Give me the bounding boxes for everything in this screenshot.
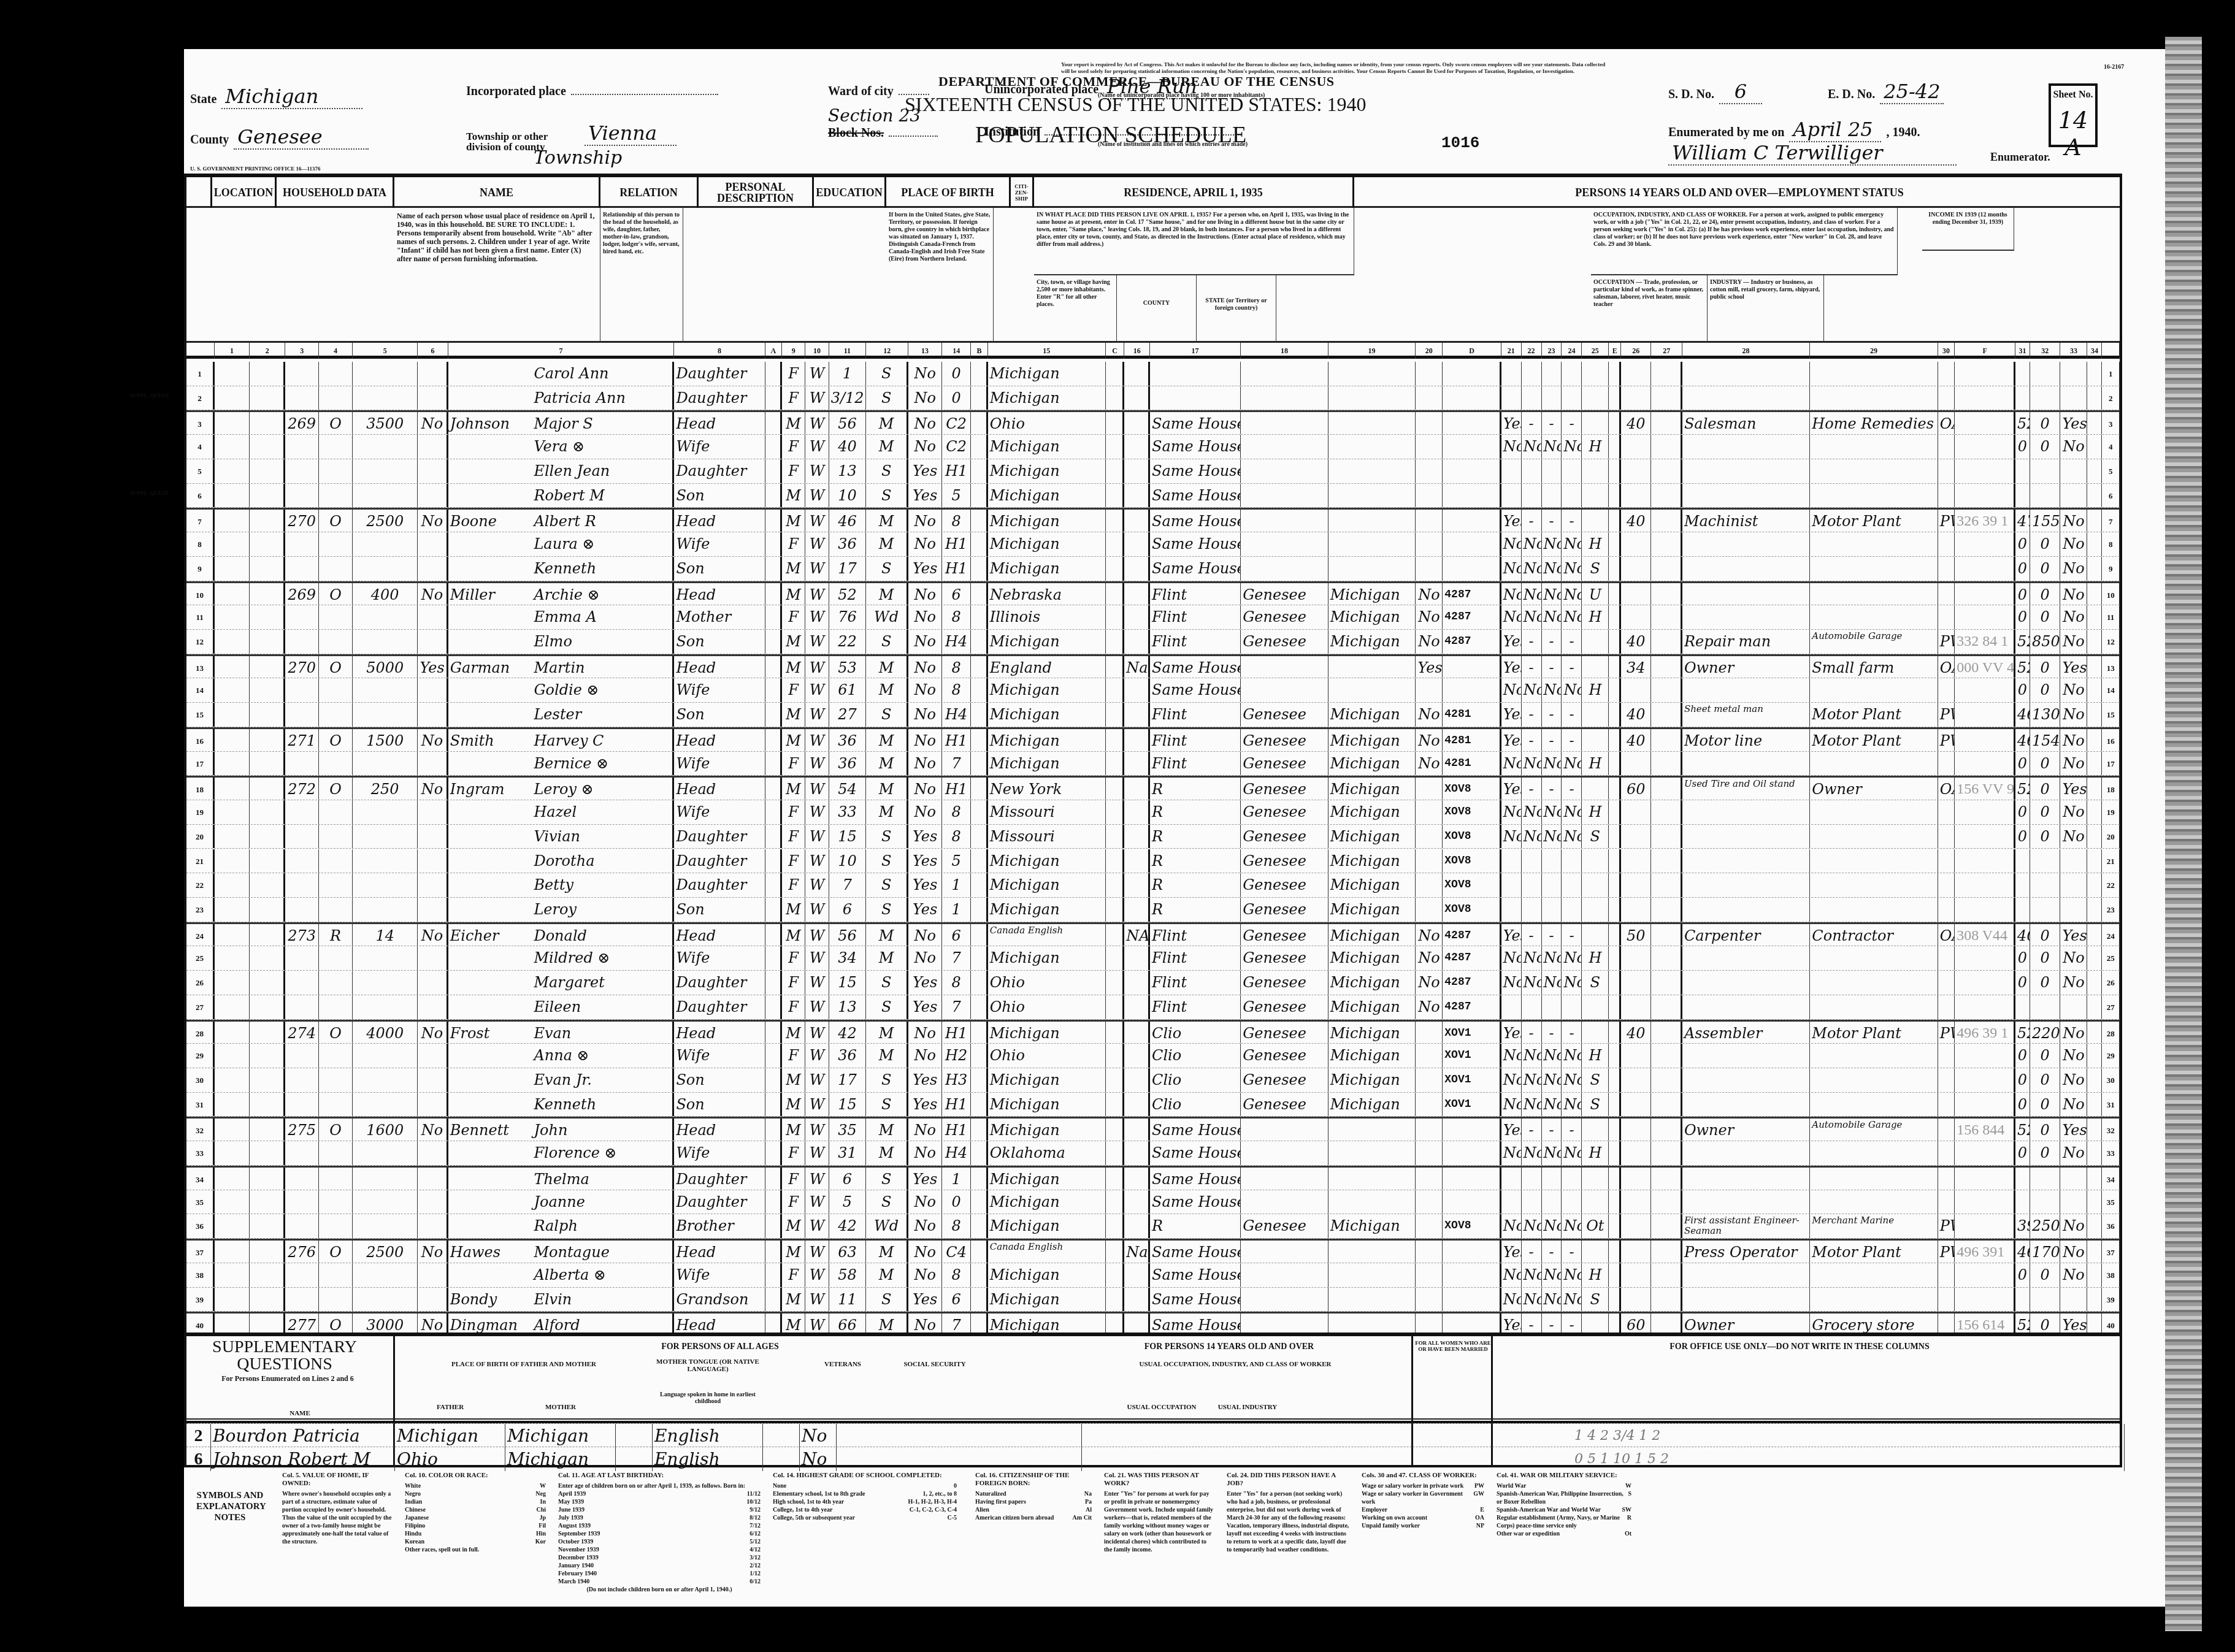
census-title: SIXTEENTH CENSUS OF THE UNITED STATES: 1… xyxy=(905,93,1366,116)
line-number: 21 xyxy=(2102,849,2120,873)
grade-cell: 8 xyxy=(942,825,971,849)
grade-cell: C2 xyxy=(942,435,971,459)
loc-house-cell xyxy=(250,1141,285,1165)
farm-cell: No xyxy=(418,510,448,532)
note-item: Having first papersPa xyxy=(975,1498,1092,1506)
loc-house-cell xyxy=(250,898,285,922)
relation-cell: Daughter xyxy=(674,873,765,897)
codeB-cell xyxy=(971,1214,987,1238)
relation-cell: Head xyxy=(674,1241,765,1263)
cit-cell xyxy=(1124,532,1150,556)
value-cell xyxy=(353,971,418,995)
loc-house-cell xyxy=(250,995,285,1019)
marital-cell: M xyxy=(866,1141,908,1165)
res-state-cell: Michigan xyxy=(1328,752,1416,776)
res-farm-cell: No xyxy=(1416,946,1443,970)
farm-cell: No xyxy=(418,778,448,800)
person-name: Joanne xyxy=(448,1190,675,1214)
farm-cell xyxy=(418,1214,448,1238)
res-city-cell: Same House xyxy=(1150,532,1241,556)
cit-cell xyxy=(1124,729,1150,751)
age-cell: 36 xyxy=(829,752,866,776)
given-name: Dorotha xyxy=(534,852,594,870)
farm-cell xyxy=(418,1068,448,1092)
res-code-cell xyxy=(1443,532,1501,556)
class-cell xyxy=(1938,800,1955,824)
relation-cell: Wife xyxy=(674,946,765,970)
occupation-cell xyxy=(1682,995,1810,1019)
age-cell: 61 xyxy=(829,678,866,702)
loc-street-cell xyxy=(215,1044,250,1068)
line-number: 22 xyxy=(2102,873,2120,897)
loc-street-cell xyxy=(215,583,250,605)
industry-cell xyxy=(1810,873,1938,897)
table-row: 37276O2500NoHawesMontagueHeadMW63MNoC4Ca… xyxy=(186,1239,2120,1263)
w22-cell xyxy=(1522,849,1542,873)
code-cell: 308 V44 xyxy=(1955,924,2015,946)
weeks-cell xyxy=(2015,386,2030,410)
industry-cell: Automobile Garage xyxy=(1810,630,1938,654)
w23-cell: No xyxy=(1542,1288,1562,1312)
w23-cell: - xyxy=(1542,778,1562,800)
res-county-cell xyxy=(1241,510,1328,532)
person-name: IngramLeroy ⊗ xyxy=(448,778,675,800)
code-cell xyxy=(1955,484,2015,508)
w25-cell xyxy=(1582,898,1609,922)
sex-cell: M xyxy=(782,412,805,434)
wages-cell: 0 xyxy=(2030,924,2060,946)
enumerated-field: Enumerated by me on April 25 , 1940. xyxy=(1668,118,1920,142)
relation-cell: Head xyxy=(674,1119,765,1141)
codeE-cell xyxy=(1609,484,1621,508)
farm-cell xyxy=(418,849,448,873)
column-number: 13 xyxy=(908,343,942,359)
code-cell xyxy=(1955,412,2015,434)
res-code-cell: XOV8 xyxy=(1443,898,1501,922)
industry-cell: Motor Plant xyxy=(1810,1241,1938,1263)
occupation-cell: Carpenter xyxy=(1682,924,1810,946)
col34-cell xyxy=(2087,1044,2102,1068)
w21-cell: No xyxy=(1501,1044,1522,1068)
w25-cell xyxy=(1582,995,1609,1019)
note-item: January 19402/12 xyxy=(558,1562,761,1570)
w25-cell xyxy=(1582,849,1609,873)
relation-cell: Son xyxy=(674,484,765,508)
marital-cell: M xyxy=(866,946,908,970)
line-number: 1 xyxy=(2102,362,2120,386)
school-cell: No xyxy=(908,1141,942,1165)
department-title: DEPARTMENT OF COMMERCE—BUREAU OF THE CEN… xyxy=(938,74,1335,90)
w22-cell xyxy=(1522,995,1542,1019)
res-state-cell xyxy=(1328,386,1416,410)
weeks-cell: 0 xyxy=(2015,1044,2030,1068)
table-row: 1Carol AnnDaughterFW1SNo0Michigan1 xyxy=(186,362,2120,386)
occupation-cell xyxy=(1682,1068,1810,1092)
race-cell: W xyxy=(805,1241,829,1263)
w21-cell xyxy=(1501,849,1522,873)
school-cell: No xyxy=(908,605,942,629)
line-number: 37 xyxy=(2102,1241,2120,1263)
codeC-cell xyxy=(1106,800,1125,824)
column-number: 19 xyxy=(1328,343,1416,359)
res-code-cell: XOV1 xyxy=(1443,1044,1501,1068)
relation-cell: Daughter xyxy=(674,825,765,849)
person-name: JohnsonMajor S xyxy=(448,412,675,434)
relation-cell: Mother xyxy=(674,605,765,629)
w21-cell: No xyxy=(1501,557,1522,581)
sheet-value: 14 A xyxy=(2051,107,2095,161)
class-cell xyxy=(1938,678,1955,702)
stamp-number: 1016 xyxy=(1441,134,1479,152)
res-farm-cell xyxy=(1416,800,1443,824)
line-number: 29 xyxy=(186,1044,215,1068)
marital-cell: M xyxy=(866,583,908,605)
dwell-cell xyxy=(285,752,319,776)
code-cell xyxy=(1955,362,2015,386)
class-cell: PW xyxy=(1938,729,1955,751)
relation-cell: Wife xyxy=(674,435,765,459)
column-number: 24 xyxy=(1562,343,1582,359)
line-number: 34 xyxy=(2102,1168,2120,1190)
dwell-cell xyxy=(285,386,319,410)
note-item-label: Spanish-American War, Philippine Insurre… xyxy=(1497,1490,1624,1506)
codeE-cell xyxy=(1609,1141,1621,1165)
loc-street-cell xyxy=(215,678,250,702)
note-item-code: 10/12 xyxy=(746,1498,761,1506)
res-county-cell xyxy=(1241,1168,1328,1190)
birth-cell: Michigan xyxy=(988,1022,1106,1044)
person-name: Anna ⊗ xyxy=(448,1044,675,1068)
col34-cell xyxy=(2087,605,2102,629)
line-number: 22 xyxy=(186,873,215,897)
hrs-cell xyxy=(1621,532,1651,556)
codeA-cell xyxy=(765,1263,782,1287)
relation-cell: Daughter xyxy=(674,849,765,873)
industry-cell xyxy=(1810,800,1938,824)
school-cell: No xyxy=(908,656,942,678)
col34-cell xyxy=(2087,1263,2102,1287)
w22-cell: No xyxy=(1522,752,1542,776)
suppl-parents: PLACE OF BIRTH OF FATHER AND MOTHER xyxy=(395,1361,653,1368)
other-cell: No xyxy=(2060,678,2087,702)
cit-cell xyxy=(1124,703,1150,727)
code-cell xyxy=(1955,1068,2015,1092)
res-code-cell: XOV8 xyxy=(1443,825,1501,849)
suppl-quest-tag: SUPPL. QUEST. xyxy=(119,490,180,496)
given-name: Kenneth xyxy=(534,560,596,577)
marital-cell: S xyxy=(866,1068,908,1092)
race-cell: W xyxy=(805,678,829,702)
birth-cell: Michigan xyxy=(988,1068,1106,1092)
hrs-cell xyxy=(1621,1141,1651,1165)
ward-label: Ward of city xyxy=(828,85,894,99)
dwell-cell: 273 xyxy=(285,924,319,946)
given-name: Harvey C xyxy=(534,732,604,749)
codeA-cell xyxy=(765,656,782,678)
given-name: Joanne xyxy=(534,1193,585,1210)
supplementary-questions: SUPPLEMENTARY QUESTIONS For Persons Enum… xyxy=(184,1333,2122,1467)
note-col24-title: Col. 24. DID THIS PERSON HAVE A JOB? xyxy=(1227,1472,1349,1488)
suppl-h-cell xyxy=(763,1424,800,1448)
own-cell xyxy=(319,825,353,849)
grade-cell: H2 xyxy=(942,1044,971,1068)
suppl-tongue-cell: English xyxy=(653,1424,763,1448)
res-code-cell: XOV1 xyxy=(1443,1093,1501,1117)
line-number: 39 xyxy=(2102,1288,2120,1312)
w23-cell: No xyxy=(1542,557,1562,581)
class-cell xyxy=(1938,605,1955,629)
column-number xyxy=(2102,343,2120,359)
suppl-row: 2Bourdon PatriciaMichiganMichiganEnglish… xyxy=(186,1423,2120,1448)
line-number: 7 xyxy=(2102,510,2120,532)
given-name: Montague xyxy=(534,1244,609,1261)
value-cell xyxy=(353,532,418,556)
value-cell xyxy=(353,630,418,654)
person-name: BondyElvin xyxy=(448,1288,675,1312)
codeB-cell xyxy=(971,1068,987,1092)
codeA-cell xyxy=(765,703,782,727)
person-name: Vivian xyxy=(448,825,675,849)
industry-cell xyxy=(1810,435,1938,459)
race-cell: W xyxy=(805,946,829,970)
weeks-cell: 0 xyxy=(2015,532,2030,556)
line-number: 6 xyxy=(186,484,215,508)
codeC-cell xyxy=(1106,557,1125,581)
res-county-cell xyxy=(1241,1190,1328,1214)
person-name: Leroy xyxy=(448,898,675,922)
codeA-cell xyxy=(765,484,782,508)
race-cell: W xyxy=(805,1214,829,1238)
loc-street-cell xyxy=(215,386,250,410)
w25-cell xyxy=(1582,630,1609,654)
w24-cell: - xyxy=(1562,630,1582,654)
loc-house-cell xyxy=(250,459,285,483)
res-farm-cell xyxy=(1416,825,1443,849)
table-row: 13270O5000YesGarmanMartinHeadMW53MNo8Eng… xyxy=(186,654,2120,679)
grade-cell: 0 xyxy=(942,1190,971,1214)
loc-house-cell xyxy=(250,532,285,556)
res-city-cell: Same House xyxy=(1150,1288,1241,1312)
surname: Bennett xyxy=(450,1119,534,1141)
value-cell xyxy=(353,605,418,629)
own-cell: O xyxy=(319,656,353,678)
birth-cell: Ohio xyxy=(988,412,1106,434)
code-cell: 156 VV 9 xyxy=(1955,778,2015,800)
school-cell: Yes xyxy=(908,898,942,922)
wages-cell: 0 xyxy=(2030,605,2060,629)
own-cell xyxy=(319,1068,353,1092)
code-cell xyxy=(1955,703,2015,727)
age-cell: 3/12 xyxy=(829,386,866,410)
res-state-cell xyxy=(1328,1141,1416,1165)
codeE-cell xyxy=(1609,1044,1621,1068)
note-item-code: Ot xyxy=(1625,1530,1631,1538)
person-name: Mildred ⊗ xyxy=(448,946,675,970)
cit-cell xyxy=(1124,1190,1150,1214)
class-cell xyxy=(1938,1093,1955,1117)
table-row: 36RalphBrotherMW42WdNo8MichiganRGeneseeM… xyxy=(186,1214,2120,1239)
incorporated-field: Incorporated place xyxy=(466,85,718,99)
w21-cell: No xyxy=(1501,825,1522,849)
own-cell xyxy=(319,971,353,995)
res-state-cell: Michigan xyxy=(1328,800,1416,824)
w23-cell: No xyxy=(1542,605,1562,629)
res-code-cell xyxy=(1443,1288,1501,1312)
relation-cell: Daughter xyxy=(674,459,765,483)
note-item: March 19400/12 xyxy=(558,1578,761,1586)
line-number: 17 xyxy=(2102,752,2120,776)
suppl-rest-cell xyxy=(837,1447,1082,1471)
suppl-name-cell: Johnson Robert M xyxy=(211,1447,395,1471)
codeC-cell xyxy=(1106,1044,1125,1068)
other-cell: No xyxy=(2060,1068,2087,1092)
sex-cell: F xyxy=(782,1263,805,1287)
res-city-cell: Same House xyxy=(1150,412,1241,434)
code-cell xyxy=(1955,752,2015,776)
wages-cell: 0 xyxy=(2030,1141,2060,1165)
weeks-cell: 0 xyxy=(2015,971,2030,995)
age-cell: 58 xyxy=(829,1263,866,1287)
dwell-cell xyxy=(285,1168,319,1190)
school-cell: Yes xyxy=(908,825,942,849)
code-cell xyxy=(1955,1263,2015,1287)
note-item-label: American citizen born abroad xyxy=(975,1514,1054,1522)
res-county-cell: Genesee xyxy=(1241,752,1328,776)
wages-cell: 2500 xyxy=(2030,1214,2060,1238)
wages-cell xyxy=(2030,362,2060,386)
table-row: 31KennethSonMW15SYesH1MichiganClioGenese… xyxy=(186,1093,2120,1117)
farm-cell xyxy=(418,435,448,459)
farm-cell xyxy=(418,1141,448,1165)
dwell-cell xyxy=(285,800,319,824)
note-item: HinduHin xyxy=(405,1530,546,1538)
section-location: LOCATION xyxy=(212,177,277,208)
class-cell: OA xyxy=(1938,778,1955,800)
marital-cell: S xyxy=(866,1288,908,1312)
res-city-cell: Same House xyxy=(1150,1168,1241,1190)
relation-cell: Wife xyxy=(674,1044,765,1068)
loc-street-cell xyxy=(215,1214,250,1238)
column-number: 11 xyxy=(829,343,866,359)
section-header-row: LOCATION HOUSEHOLD DATA NAME RELATION PE… xyxy=(186,177,2120,208)
column-number: 22 xyxy=(1522,343,1542,359)
suppl-tongue-sub: Language spoken in home in earliest chil… xyxy=(653,1391,763,1405)
scan-edge xyxy=(2165,37,2202,1631)
section-employment: PERSONS 14 YEARS OLD AND OVER—EMPLOYMENT… xyxy=(1354,177,2125,208)
loc-house-cell xyxy=(250,1068,285,1092)
other-cell: No xyxy=(2060,800,2087,824)
hrs-cell xyxy=(1621,752,1651,776)
col34-cell xyxy=(2087,873,2102,897)
codeC-cell xyxy=(1106,971,1125,995)
grade-cell: 8 xyxy=(942,800,971,824)
res-state-cell: Michigan xyxy=(1328,778,1416,800)
code-cell: 156 844 xyxy=(1955,1119,2015,1141)
w25-cell xyxy=(1582,459,1609,483)
res-farm-cell: No xyxy=(1416,752,1443,776)
col34-cell xyxy=(2087,1168,2102,1190)
note-item-code: Pa xyxy=(1085,1498,1092,1506)
marital-cell: M xyxy=(866,924,908,946)
column-number: 23 xyxy=(1542,343,1562,359)
codeE-cell xyxy=(1609,800,1621,824)
class-cell: OA xyxy=(1938,412,1955,434)
res-farm-cell xyxy=(1416,849,1443,873)
w25-cell: S xyxy=(1582,1093,1609,1117)
cit-cell xyxy=(1124,630,1150,654)
col34-cell xyxy=(2087,778,2102,800)
value-cell xyxy=(353,459,418,483)
code-cell xyxy=(1955,1141,2015,1165)
res-county-cell: Genesee xyxy=(1241,1068,1328,1092)
w24-cell: - xyxy=(1562,412,1582,434)
wages-cell: 0 xyxy=(2030,1068,2060,1092)
weeks-unemp-cell xyxy=(1651,630,1682,654)
class-cell xyxy=(1938,459,1955,483)
note-item: Unpaid family workerNP xyxy=(1362,1522,1484,1530)
birth-cell: Michigan xyxy=(988,1190,1106,1214)
res-state-cell xyxy=(1328,412,1416,434)
wages-cell: 0 xyxy=(2030,778,2060,800)
weeks-unemp-cell xyxy=(1651,1022,1682,1044)
occupation-cell xyxy=(1682,1044,1810,1068)
note-item-code: Kor xyxy=(535,1538,546,1546)
value-cell xyxy=(353,678,418,702)
class-cell xyxy=(1938,557,1955,581)
res-city-cell: R xyxy=(1150,849,1241,873)
res-county-cell xyxy=(1241,1141,1328,1165)
codeB-cell xyxy=(971,1241,987,1263)
class-cell xyxy=(1938,873,1955,897)
col34-cell xyxy=(2087,510,2102,532)
w24-cell: No xyxy=(1562,532,1582,556)
loc-house-cell xyxy=(250,1214,285,1238)
line-number: 28 xyxy=(186,1022,215,1044)
res-county-cell xyxy=(1241,1119,1328,1141)
w21-cell: No xyxy=(1501,1093,1522,1117)
note-item: Spanish-American War and World WarSW xyxy=(1497,1506,1631,1514)
marital-cell: S xyxy=(866,1168,908,1190)
note-item-code: Hin xyxy=(536,1530,546,1538)
w24-cell: No xyxy=(1562,1044,1582,1068)
line-number: 9 xyxy=(186,557,215,581)
dwell-cell: 271 xyxy=(285,729,319,751)
surname: Ingram xyxy=(450,778,534,800)
loc-street-cell xyxy=(215,729,250,751)
sex-cell: F xyxy=(782,1190,805,1214)
w23-cell xyxy=(1542,849,1562,873)
res-farm-cell xyxy=(1416,1141,1443,1165)
weeks-cell: 46 xyxy=(2015,1241,2030,1263)
school-cell: No xyxy=(908,412,942,434)
other-cell: Yes xyxy=(2060,924,2087,946)
w22-cell: No xyxy=(1522,1093,1542,1117)
loc-street-cell xyxy=(215,605,250,629)
hrs-cell: 40 xyxy=(1621,510,1651,532)
note-item-code: 3/12 xyxy=(749,1554,761,1562)
table-row: 22BettyDaughterFW7SYes1MichiganRGeneseeM… xyxy=(186,873,2120,898)
birth-cell: Michigan xyxy=(988,1168,1106,1190)
birth-cell: Oklahoma xyxy=(988,1141,1106,1165)
wages-cell xyxy=(2030,1288,2060,1312)
occupation-cell xyxy=(1682,605,1810,629)
wages-cell: 0 xyxy=(2030,752,2060,776)
industry-cell xyxy=(1810,532,1938,556)
suppl-line-cell: 6 xyxy=(186,1447,211,1471)
race-cell: W xyxy=(805,386,829,410)
res-county-cell xyxy=(1241,1288,1328,1312)
relation-cell: Head xyxy=(674,583,765,605)
